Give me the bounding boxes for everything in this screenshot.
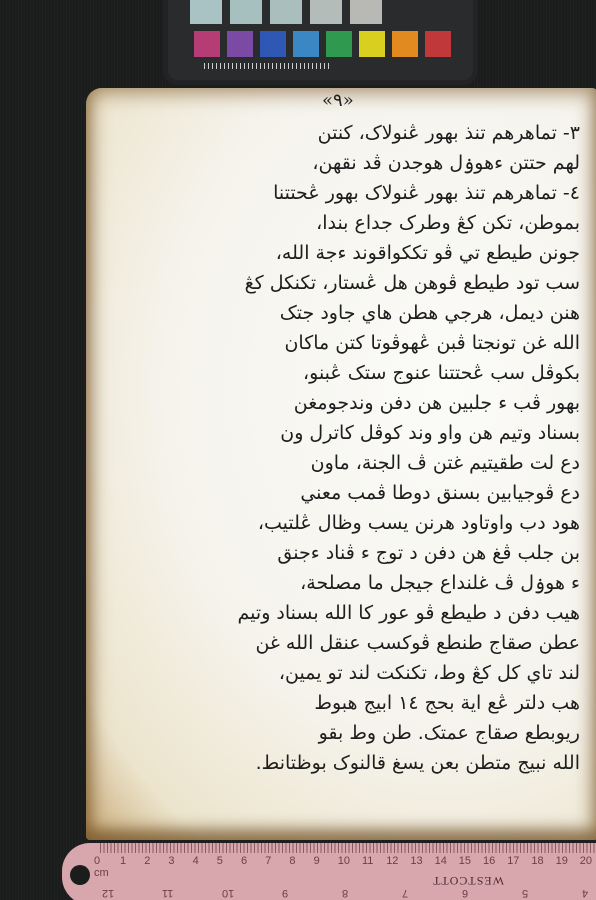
page-number: «٩»: [322, 90, 354, 111]
text-line: بن جلب ڤغ هن دفن د توج ء ڤناد ءجنق: [132, 538, 580, 568]
inch-tick-label: 4: [582, 887, 588, 899]
ruler-brand: WESTCOTT: [432, 873, 504, 888]
text-line: بسناد وتيم هن واو وند کوڤل کاترل ون: [132, 418, 580, 448]
text-line: ء هوۏل ڤ غلنداع جيجل ما مصلحة،: [132, 568, 580, 598]
cm-tick-label: 9: [314, 855, 320, 867]
text-line: ٣- تماهرهم تنذ بهور ڠنولاک، کنتن: [132, 118, 580, 148]
cm-tick-label: 1: [120, 855, 126, 867]
cm-tick-label: 15: [459, 855, 471, 867]
text-line: ٤- تماهرهم تنذ بهور ڠنولاک بهور ڠحتتنا: [132, 178, 580, 208]
inch-tick-label: 10: [222, 887, 234, 899]
text-line: بهور ڤب ء جلبين هن دفن وندجومغن: [132, 388, 580, 418]
cm-tick-label: 14: [435, 855, 447, 867]
color-patch-cyan: [293, 31, 319, 57]
manuscript-text: ٣- تماهرهم تنذ بهور ڠنولاک، کنتن لهم حتت…: [132, 118, 580, 778]
cm-tick-label: 10: [338, 855, 350, 867]
cm-tick-label: 2: [144, 855, 150, 867]
color-patch-row: [194, 31, 451, 57]
color-patch-red: [425, 31, 451, 57]
text-line: دع ڤوجيابين بسنق دوطا ڤمب معني: [132, 478, 580, 508]
gray-patch-3: [270, 0, 302, 24]
cm-tick-label: 5: [217, 855, 223, 867]
gray-patch-4: [310, 0, 342, 24]
inch-tick-label: 5: [522, 887, 528, 899]
text-line: هيب دفن د طيطع ڤو عور کا الله بسناد وتيم: [132, 598, 580, 628]
ruler-hole: [70, 865, 90, 885]
color-patch-magenta: [194, 31, 220, 57]
cm-tick-label: 6: [241, 855, 247, 867]
color-checker-card: [168, 0, 473, 80]
ruler-ticks: [100, 843, 596, 853]
text-line: لهم حتتن ءهوۏل هوجدن ڤد نقهن،: [132, 148, 580, 178]
cm-tick-label: 11: [362, 855, 373, 867]
text-line: الله نبيج متطن بعن يسغ قالنوک بوظتانط.: [132, 748, 580, 778]
gray-patch-1: [190, 0, 222, 24]
color-patch-blue: [260, 31, 286, 57]
color-patch-orange: [392, 31, 418, 57]
cm-tick-label: 13: [410, 855, 422, 867]
manuscript-page: «٩» ٣- تماهرهم تنذ بهور ڠنولاک، کنتن لهم…: [86, 88, 596, 840]
text-line: لند تاي کل کڠ وط، تکنکت لند تو يمين،: [132, 658, 580, 688]
gray-patch-2: [230, 0, 262, 24]
inch-tick-label: 6: [462, 887, 468, 899]
checker-scale: [204, 63, 332, 69]
text-line: ريوبطع صقاج عمتک. طن وط بقو: [132, 718, 580, 748]
color-patch-green: [326, 31, 352, 57]
cm-tick-label: 19: [556, 855, 568, 867]
inch-tick-label: 12: [102, 887, 114, 899]
text-line: الله غن تونجتا ڤبن ڠهوڤوتا کتن ماکان: [132, 328, 580, 358]
inch-tick-label: 8: [342, 887, 348, 899]
inch-tick-label: 7: [402, 887, 408, 899]
text-line: هب دلتر ڠع اية بحج ١٤ ابيج هبوط: [132, 688, 580, 718]
color-patch-purple: [227, 31, 253, 57]
text-line: دع لت طقيتيم غتن ڤ الجنة، ماون: [132, 448, 580, 478]
cm-tick-label: 8: [289, 855, 295, 867]
measuring-ruler: 0 cm1234567891011121314151617181920 WEST…: [62, 843, 596, 900]
cm-tick-label: 4: [193, 855, 199, 867]
text-line: عطن صقاج طنطع ڤوکسب عنقل الله غن: [132, 628, 580, 658]
cm-tick-label: 3: [168, 855, 174, 867]
gray-patch-row: [190, 0, 382, 24]
text-line: هود دب واوتاود هرنن يسب وظال ڠلتيب،: [132, 508, 580, 538]
text-line: بکوڤل سب ڠحتتنا عنوج ستک ڠبنو،: [132, 358, 580, 388]
text-line: بموطن، تکن کڠ وطرک جداع بندا،: [132, 208, 580, 238]
cm-unit-label: 0 cm: [94, 855, 109, 879]
cm-tick-label: 12: [386, 855, 398, 867]
cm-tick-label: 18: [531, 855, 543, 867]
inch-tick-label: 11: [162, 887, 173, 899]
cm-tick-label: 16: [483, 855, 495, 867]
text-line: هنن ديمل، هرجي هطن هاي جاود جتک: [132, 298, 580, 328]
inch-tick-label: 9: [282, 887, 288, 899]
gray-patch-5: [350, 0, 382, 24]
color-patch-yellow: [359, 31, 385, 57]
text-line: جونن طيطع تي ڤو تککواقوند ءجة الله،: [132, 238, 580, 268]
inch-scale: 121110987654: [62, 887, 596, 900]
text-line: سب تود طيطع ڤوهن هل ڠستار، تکنکل کڠ: [132, 268, 580, 298]
cm-tick-label: 20: [580, 855, 592, 867]
cm-tick-label: 7: [265, 855, 271, 867]
cm-tick-label: 17: [507, 855, 519, 867]
